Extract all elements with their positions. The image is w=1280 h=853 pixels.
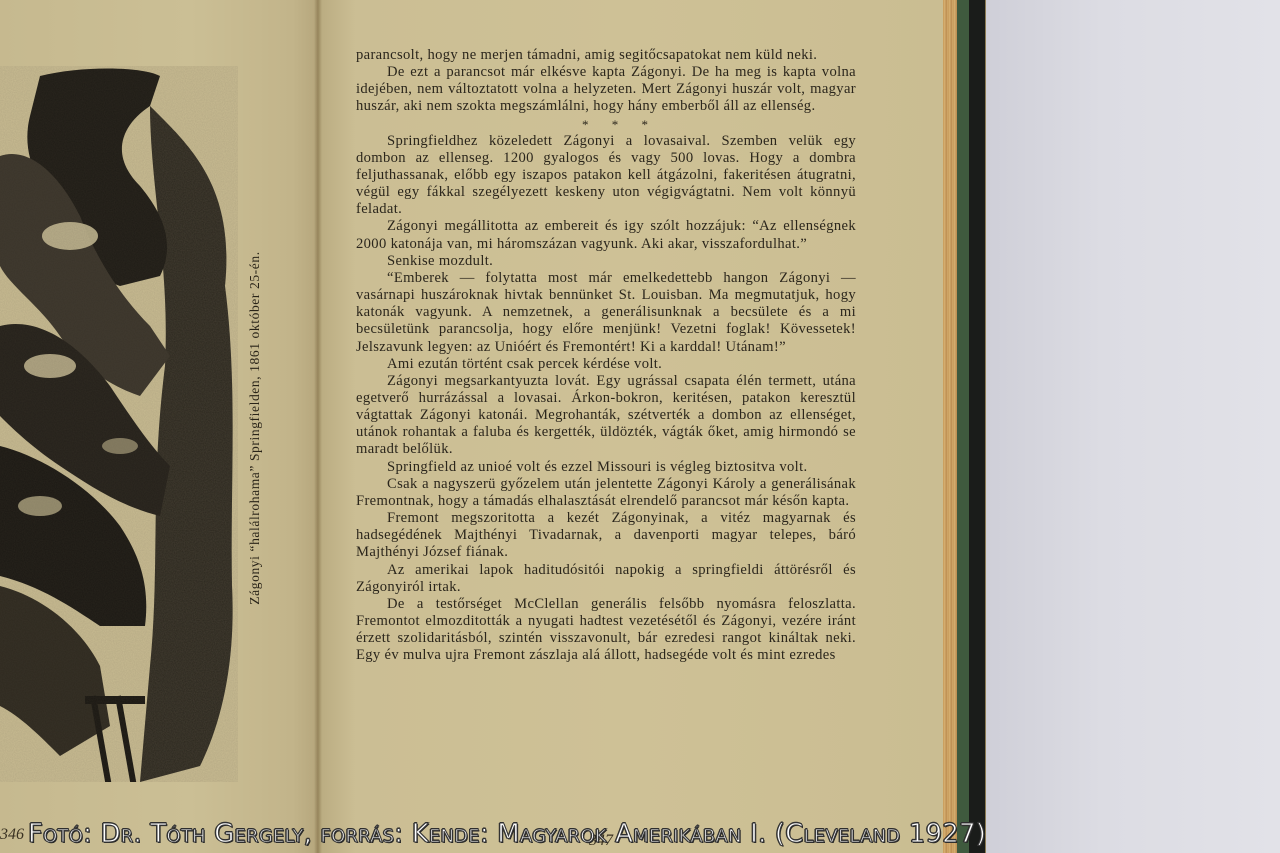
paragraph: Fremont megszoritotta a kezét Zágonyinak…	[356, 510, 856, 561]
illustration-caption: Zágonyi “halálrohama” Springfielden, 186…	[240, 204, 270, 652]
paragraph: Zágonyi megsarkantyuzta lovát. Egy ugrás…	[356, 373, 856, 459]
book-gutter	[314, 0, 322, 853]
photo-scene: Zágonyi “halálrohama” Springfielden, 186…	[0, 0, 1280, 853]
paragraph: Springfieldhez közeledett Zágonyi a lova…	[356, 133, 856, 219]
paragraph: Ami ezután történt csak percek kérdése v…	[356, 356, 856, 373]
table-surface	[985, 0, 1280, 853]
paragraph: Az amerikai lapok haditudósitói napokig …	[356, 562, 856, 596]
left-page: Zágonyi “halálrohama” Springfielden, 186…	[0, 0, 318, 853]
illustration-caption-text: Zágonyi “halálrohama” Springfielden, 186…	[247, 251, 263, 604]
body-text: parancsolt, hogy ne merjen támadni, amig…	[356, 47, 856, 664]
page-number-left: 346	[0, 826, 24, 844]
cavalry-charge-illustration	[0, 66, 238, 782]
paragraph: Senkise mozdult.	[356, 253, 856, 270]
book-cover-green	[957, 0, 969, 853]
paragraph: Springfield az unioé volt és ezzel Misso…	[356, 459, 856, 476]
paragraph: De a testőrséget McClellan generális fel…	[356, 596, 856, 665]
paragraph: De ezt a parancsot már elkésve kapta Zág…	[356, 64, 856, 115]
paragraph: Zágonyi megállitotta az embereit és igy …	[356, 218, 856, 252]
paragraph: parancsolt, hogy ne merjen támadni, amig…	[356, 47, 856, 64]
book-cover-black	[969, 0, 986, 853]
page-edges	[943, 0, 957, 853]
paragraph: Csak a nagyszerü győzelem után jelentett…	[356, 476, 856, 510]
photo-credit-watermark: Fotó: Dr. Tóth Gergely, forrás: Kende: M…	[28, 818, 1258, 850]
engraving-icon	[0, 66, 238, 782]
section-separator: * * *	[356, 116, 856, 133]
paragraph: “Emberek — folytatta most már emelkedett…	[356, 270, 856, 356]
